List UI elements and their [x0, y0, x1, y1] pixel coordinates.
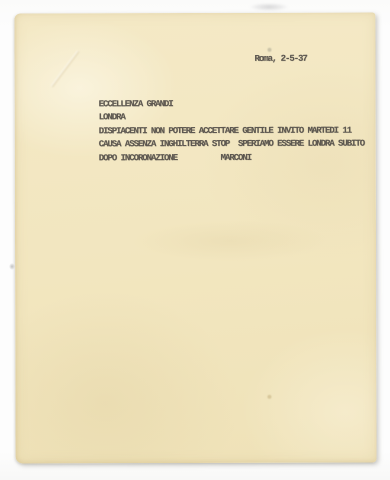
body-line-2: CAUSA ASSENZA INGHILTERRA STOP SPERIAMO … — [99, 138, 364, 152]
paper-crease — [50, 50, 79, 88]
paper-speck — [268, 48, 272, 52]
recipient-line: ECCELLENZA GRANDI — [99, 98, 364, 112]
scan-speck — [9, 263, 15, 270]
city-line: LONDRA — [99, 111, 364, 125]
scanned-document: Roma, 2-5-37 ECCELLENZA GRANDI LONDRA DI… — [0, 0, 390, 480]
dateline: Roma, 2-5-37 — [255, 53, 307, 67]
signature-line: DOPO INCORONAZIONE MARCONI — [99, 151, 364, 165]
scan-smudge — [249, 3, 289, 11]
telegram-text-block: ECCELLENZA GRANDI LONDRA DISPIACENTI NON… — [99, 98, 365, 166]
paper-speck — [267, 395, 271, 399]
body-line-1: DISPIACENTI NON POTERE ACCETTARE GENTILE… — [99, 124, 364, 138]
telegram-paper: Roma, 2-5-37 ECCELLENZA GRANDI LONDRA DI… — [14, 13, 376, 464]
